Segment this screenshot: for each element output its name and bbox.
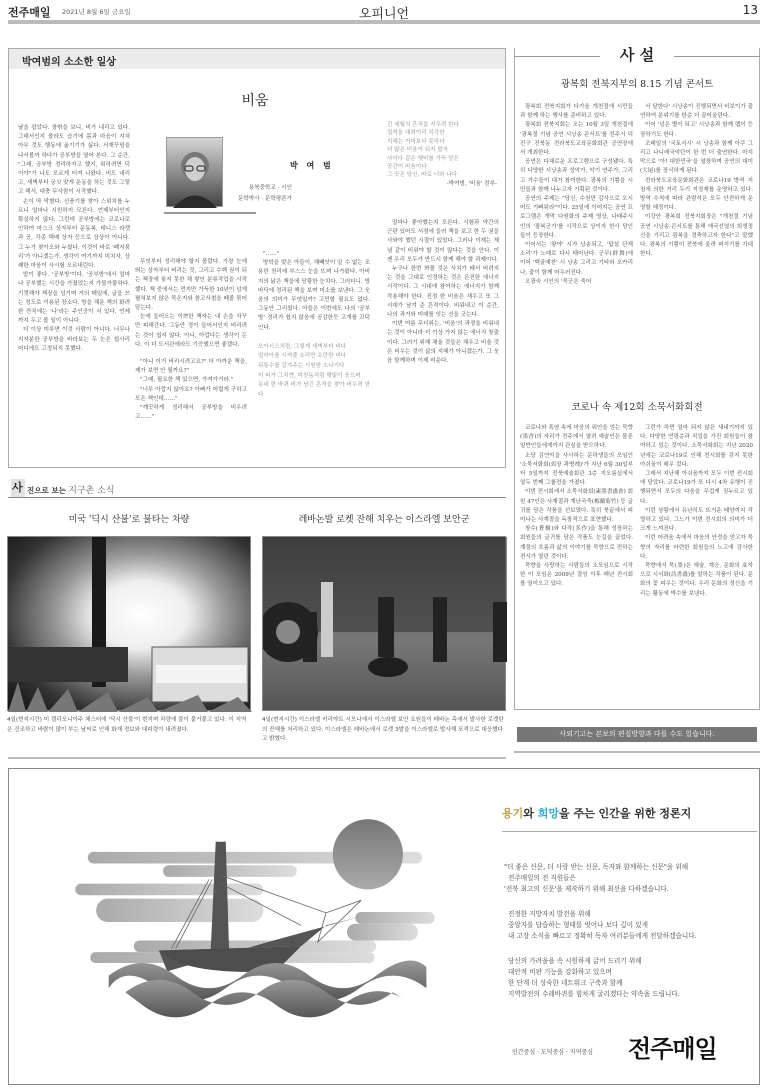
- poem-line: 이 비가 그치면, 미친놈처럼 햇빛이 웃으며: [258, 372, 370, 382]
- paragraph: 이런 상황에서 유난히도 뜨거운 태양까지 작렬하고 있다. 그느가 이번 전시…: [640, 507, 753, 535]
- poem-line: 오아시스처럼, 그렇게 새벽부터 비다: [258, 343, 370, 353]
- ad-paragraph-2: 진정한 지방자치 발전을 위해 중앙지를 답습하는 형태를 벗어나 보다 깊이 …: [508, 909, 697, 942]
- paragraph: 이어 '넋은 별이 되고' 시낭송과 함께 랩이 등장하기도 한다.: [640, 121, 753, 139]
- author-name: 박 여 범: [290, 160, 334, 171]
- slogan-courage: 용기: [502, 807, 523, 820]
- slogan-rule: [502, 831, 757, 832]
- poem-line: 더 많은 비움이 되지 말자: [387, 146, 497, 154]
- author-affiliation-1: 용북중학교 · 시인: [200, 183, 292, 193]
- essay-column-1: 날을 잡았다. 창밖을 보니, 비가 내리고 있다. 그래서인지 몰라도 습기에…: [18, 124, 130, 354]
- photo-rocket-debris: [262, 536, 506, 711]
- paragraph: 소당 김연익을 사사하는 문하생들의 모임인 '소묵서화회(회장 곽병례)'가 …: [520, 452, 633, 489]
- ad-line: 중앙지를 답습하는 형태를 벗어나 보다 깊이 있게: [508, 920, 697, 931]
- page-number: 13: [743, 3, 758, 17]
- paragraph: 날을 잡았다. 창밖을 보니, 비가 내리고 있다. 그래서인지 몰라도 습기에…: [18, 124, 130, 198]
- ad-slogan: 용기와 희망을 주는 인간을 위한 정론지: [502, 805, 691, 821]
- fire-scene-icon: [8, 537, 252, 712]
- poem-line: 뒤통수를 갈겨주는 시원한 소나기다: [258, 362, 370, 372]
- ad-paragraph-1: "더 좋은 신문, 더 사랑 받는 신문, 독자와 함께하는 신문"을 위해 전…: [504, 862, 688, 895]
- paragraph: 공연은 다채로운 프로그램으로 구성됐다. 특히 다양한 시낭송과 성악가, 악…: [520, 158, 633, 195]
- poem-attribution: -박여범, '비움' 전부-: [387, 180, 497, 188]
- ad-line: 전주매일의 전 직원들은: [504, 873, 688, 884]
- photo-news-label: 진으로 보는 지구촌 소식: [27, 483, 115, 496]
- paragraph: 묵향에서 묵(墨)은 예술, 계승, 문화의 효자으로 시서화(詩書畵)를 말하…: [640, 562, 753, 599]
- paragraph: 밥이 좋다. '공부방'이다. '공부방'에서 얼마나 공부했는 시간을 가졌었…: [18, 271, 130, 326]
- ad-motto: 인간중심 · 도덕중심 · 지역중심: [512, 1047, 593, 1056]
- epigraph-poem: 긴 세월의 흔적을 지우려 한다 집착을 대려이리 치각한 지혜는 거미보다 못…: [387, 121, 497, 188]
- dialogue: "아니 이거 버리시려고요?" 더 아까운 책을, 제가 보면 안 될까요?": [135, 358, 247, 376]
- photo-burning-truck: [7, 536, 251, 711]
- dialogue: "깨끗하게 정리해서 공부방을 비우려고……": [135, 404, 247, 422]
- paragraph: 조태일의 '국토서시' 시 낭송과 함께 아쿠 그리고 나니레국악단이 한 번 …: [640, 140, 753, 177]
- dialogue: "너무 아깝지 않아요? 아빠가 어렵게 구하고 모은 책인데……": [135, 386, 247, 404]
- poem-line: 긴 세월의 흔적을 지우려 한다: [387, 121, 497, 129]
- poem-line: 얼마아를 시켜줄 소리만 요란한 비다: [258, 352, 370, 362]
- editorial-2-column-1: 코로나와 폭염 속에 마음의 위안을 얻는 묵향(墨香)의 자리가 전주에서 열…: [520, 424, 633, 590]
- paragraph: 이강안 광복회 전북지회장은 "개천절 기념 공연 시낭송 콘서트를 통해 애국…: [640, 213, 753, 259]
- poem-line: 그 곳은 당신, 바로 너와 나다: [387, 171, 497, 179]
- paragraph: 그런가 하면 얼마 되지 않은 새내기까지 있다. 다양한 연령층과 직업을 가…: [640, 424, 753, 470]
- label-part: 진으로 보는: [27, 486, 66, 495]
- paragraph: 묵향을 사랑하는 사람들의 소모임으로 시작한 이 모임은 2009년 결성 이…: [520, 562, 633, 590]
- essay-column-4: 얼마나 좋아했는지 모른다. 시험과 약간의 근판 있어도 서점에 들러 책을 …: [387, 219, 499, 366]
- essay-series-title: 박여범의 소소한 일상: [22, 53, 116, 68]
- photo-title-2: 레바논발 로켓 잔해 치우는 이스라엘 보안군: [262, 512, 506, 525]
- ad-line: "더 좋은 신문, 더 사랑 받는 신문, 독자와 함께하는 신문"을 위해: [504, 862, 688, 873]
- paragraph: 눈에 들어오는 이쁘한 책자는 내 손을 자꾸만 피해간다. 그동안 정이 들어…: [135, 313, 247, 350]
- ad-line: 내 고장 소식을 빠르고 정확히 독자 여러분들에게 전달하겠습니다.: [508, 931, 697, 942]
- sailing-ship-pen-icon: [40, 800, 470, 1060]
- ad-line: 당신의 가려움을 속 시원하게 긁어 드리기 위해: [508, 956, 680, 967]
- editorial-heading: 사 설: [600, 44, 674, 65]
- paragraph: "……": [258, 250, 370, 259]
- slogan-part: 와: [523, 807, 537, 820]
- ad-line: 진정한 지방자치 발전을 위해: [508, 909, 697, 920]
- newspaper-logo: 전주매일: [628, 1029, 717, 1064]
- label-part: 지구촌 소식: [68, 486, 114, 496]
- poem-line: 공간이 비움이다: [387, 163, 497, 171]
- poem-line: 동네 한 바퀴 비가 남긴 흔적을 찾아 비우려 한다: [258, 381, 370, 400]
- paragraph: 이어서는 '광야' 시가 낭송되고, '답설 단재 소리'가 노래로 다시 태어…: [520, 241, 633, 278]
- paragraph: 방학을 맞은 아들이, 해빼앗이 알 수 없는 조용한 천리에 부스스 눈을 뜨…: [258, 259, 370, 333]
- ship-illustration: [40, 800, 470, 1060]
- paragraph: 이번 여름 무더위는, '비움'의 과정을 비워내는 것이 아니라 더 이상 가…: [387, 320, 499, 366]
- essay-column-3: "……" 방학을 맞은 아들이, 해빼앗이 알 수 없는 조용한 천리에 부스스…: [258, 250, 370, 400]
- paragraph: 그래서 지난해 아쉬움까지 모두 이번 전시회에 담았다. 코로나19가 또 다…: [640, 470, 753, 507]
- dialogue: "그래, 필요한 책 있으면, 가져가거라.": [135, 376, 247, 385]
- paragraph: 창수(蒼樹)와 다작(多作)을 통해 성장하는 회원들의 글귀를 담은 작품도 …: [520, 525, 633, 562]
- photo-title-1: 미국 '딕시 산불'로 불타는 차량: [7, 512, 251, 525]
- disclaimer-notice: 사외기고는 본보의 편집방향과 다를 수도 있습니다.: [517, 727, 757, 742]
- ad-line: 대안적 비판 기능을 강화하고 있으며: [508, 967, 680, 978]
- ad-line: 한 단계 더 성숙한 네트워크 구축과 함께: [508, 978, 680, 989]
- paragraph: 서 달한다' 시낭송이 진행되면서 비보이가 출연하여 분위기를 한층 더 끌어…: [640, 103, 753, 121]
- soldiers-scene-icon: [263, 537, 507, 712]
- paragraph: 이런 어려움 속에서 마음의 안정을 얻고자 묵향의 자리를 마련한 회원들의 …: [640, 534, 753, 562]
- notice-rule: [514, 751, 760, 753]
- paragraph: 더 이상 미루면 이것 사람이 아니다. 너무나 지저분한 공부방을 바라보는 …: [18, 326, 130, 354]
- paragraph: 광복회 전북지회는 오는 10월 3일 개천절에 '광복절 기념 공연 시낭송 …: [520, 121, 633, 158]
- editorial-1-column-2: 서 달한다' 시낭송이 진행되면서 비보이가 출연하여 분위기를 한층 더 끌어…: [640, 103, 753, 259]
- paragraph: 오광숙 시인의 '묵군은 죽어: [520, 278, 633, 287]
- poem-line: 지혜는 거미보다 못하다: [387, 138, 497, 146]
- paragraph: 누구나 한번 봐볼 것은 사치가 돼서 버려지는 것을 그대로 인정하는 것은 …: [387, 265, 499, 320]
- ad-paragraph-3: 당신의 가려움을 속 시원하게 긁어 드리기 위해 대안적 비판 기능을 강화하…: [508, 956, 680, 1000]
- paragraph: 코로나와 폭염 속에 마음의 위안을 얻는 묵향(墨香)의 자리가 전주에서 열…: [520, 424, 633, 452]
- section-rule: [8, 757, 506, 759]
- editorial-1-column-1: 광복회 전북지회가 다가올 개천절에 시민들과 함께 하는 행사를 준비하고 있…: [520, 103, 633, 287]
- poem-line: 사이다 같은 햇비를 가득 담은: [387, 155, 497, 163]
- slogan-part: 을 주는 인간을 위한 정론지: [559, 807, 691, 820]
- ad-line: 지역발전의 수레바퀴를 힘차게 굴리겠다는 약속을 드립니다.: [508, 989, 680, 1000]
- ad-line: '전북 최고의 신문'을 제작하기 위해 최선을 다하겠습니다.: [504, 884, 688, 895]
- paragraph: 광복회 전북지회가 다가올 개천절에 시민들과 함께 하는 행사를 준비하고 있…: [520, 103, 633, 121]
- essay-column-2: 무엇부터 정리해야 할지 몰랐다. 가장 눈에 띄는 상자부터 버리는 것, 그…: [135, 258, 247, 422]
- essay-title: 비움: [0, 90, 510, 110]
- photo-rule: [164, 212, 256, 214]
- photo-caption-2: 4일(현지시간) 이스라엘 키리야트 시모나에서 이스라엘 보안 요원들이 레바…: [262, 716, 504, 745]
- editorial-title-2: 코로나 속 제12회 소묵서화회전: [514, 399, 760, 413]
- editorial-2-column-2: 그런가 하면 얼마 되지 않은 새내기까지 있다. 다양한 연령층과 직업을 가…: [640, 424, 753, 599]
- paragraph: 공연의 주제는 "당신, 수천만 감사으로 오시어도 기뻐워라"이다. 25일에…: [520, 195, 633, 241]
- poem-line: 집착을 대려이리 치각한: [387, 129, 497, 137]
- paragraph: 무엇부터 정리해야 할지 몰랐다. 가장 눈에 띄는 상자부터 버리는 것, 그…: [135, 258, 247, 313]
- photo-caption-1: 4일(현지시간) 미 캘리포니아주 체스터에 '딕시 산불'이 번지며 차량에 …: [7, 716, 249, 735]
- photo-news-initial: 사: [11, 479, 25, 497]
- slogan-hope: 희망: [538, 807, 559, 820]
- editorial-title-1: 광복회 전북지부의 8.15 기념 콘서트: [514, 76, 760, 90]
- author-affiliation-2: 문학박사 · 문학평론가: [200, 194, 292, 204]
- editorial-rule-left: [514, 56, 600, 57]
- paragraph: 얼마나 좋아했는지 모른다. 시험과 약간의 근판 있어도 서점에 들러 책을 …: [387, 219, 499, 265]
- editorial-rule-right: [674, 56, 760, 57]
- paragraph: 이번 전시회에서 소묵서화회(素墨書畵會) 회원 47인은 사계절과 계난국죽(…: [520, 488, 633, 525]
- header-rule: [8, 20, 760, 24]
- paragraph: 손이 딱 막혔다. 선풍기를 찾아 스위치를 누르니 얼마나 시원하지 모른다.…: [18, 198, 130, 272]
- paragraph: 전라북도교육문화회관은 코로나19 방역 지침에 의한 거리 두기 지정제를 운…: [640, 177, 753, 214]
